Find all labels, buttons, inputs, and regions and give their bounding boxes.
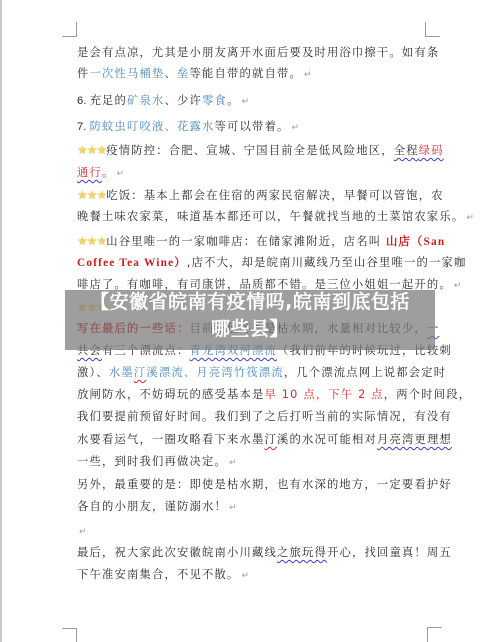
star-rating-icon: ★★★ [77,234,106,248]
text-run: 。 [102,166,115,179]
text-run: 、 [164,67,177,80]
text-run: 7. [77,121,90,133]
document-line: 放闸防水，不妨碍玩的感受基本是早 10 点，下午 2 点，两个时间段， [77,388,471,402]
text-run: 矿泉水 [127,94,165,107]
document-line: 件一次性马桶垫、垒等能自带的就自带。↵ [77,67,313,82]
document-line: 晚餐土味农家菜，味道基本都还可以，午餐就找当地的土菜馆农家乐。↵ [77,210,475,225]
document-line: ★★★山谷里唯一的一家咖啡店：在储家滩附近，店名叫 山店（San [77,234,445,249]
text-run: 开心，找回童真！周五 [327,546,452,559]
text-run: 一次性马桶垫 [90,67,165,80]
document-line: 一些，到时我们再做决定。↵ [77,455,238,470]
text-run: 防蚊虫叮咬液、花露水 [90,120,215,133]
document-line: 我们要提前预留好时间。我们到了之后打听当前的实际情况，有没有 [77,410,452,424]
document-line: 下午准安南集合，不见不散。↵ [77,568,250,583]
text-run: 各自的小朋友，谨防溺水！ [77,500,227,513]
text-run: 全程 [394,144,419,157]
paragraph-mark-icon: ↵ [292,123,301,133]
document-line: 通行。↵ [77,166,125,181]
document-line: 另外，最重要的是：即使是枯水期，也有水深的地方，一定要看护好 [77,478,452,492]
text-run: 零食 [202,94,227,107]
paragraph-mark-icon: ↵ [229,458,238,468]
text-run: 晚餐土味农家菜，味道基本都还可以，午餐就找当地的土菜馆农家乐。 [77,210,464,223]
document-line: ↵ [77,524,88,539]
text-run: 件 [77,67,90,80]
document-line: 是会有点凉，尤其是小朋友离开水面后要及时用浴巾擦干。如有条 [77,46,439,60]
document-line: 6. 充足的矿泉水、少许零食。↵ [77,94,250,109]
text-run: ，几个漂流点网上说都会定时 [284,366,446,379]
text-run: 山谷里唯一的一家咖啡店：在储家滩附近，店名叫 [106,235,386,248]
text-run: ,店不大，却是皖南川藏线乃至山谷里唯一的一家咖 [187,256,467,269]
text-run: 溪漂流、月亮湾竹筏漂流 [146,366,283,379]
document-line: 各自的小朋友，谨防溺水！↵ [77,500,238,515]
text-run: 激）、 [77,366,109,379]
text-run: 汀 [264,433,277,446]
document-line: 水要看运气，一圈攻略看下来水墨汀溪的水况可能相对月亮湾更理想 [77,433,452,447]
paragraph-mark-icon: ↵ [454,281,463,291]
paragraph-mark-icon: ↵ [241,571,250,581]
text-run: 通行 [77,166,102,179]
paragraph-mark-icon: ↵ [117,169,126,179]
document-line: 7. 防蚊虫叮咬液、花露水等可以带着。↵ [77,120,300,135]
text-run: 充足的 [90,94,128,107]
document-line: 激）、水墨汀溪漂流、月亮湾竹筏漂流，几个漂流点网上说都会定时 [77,366,446,380]
text-run: 我们要提前预留好时间。我们到了之后打听当前的实际情况，有没有 [77,410,452,423]
text-run: 一些，到时我们再做决定。 [77,455,227,468]
text-run: 。 [227,94,240,107]
text-run: 等能自带的就自带。 [189,67,301,80]
text-run: 吃饭：基本上都会在住宿的两家民宿解决，早餐可以管饱，农 [106,189,443,202]
text-run: 另外，最重要的是：即使是枯水期，也有水深的地方，一定要看护好 [77,478,452,491]
text-run: 之旅玩得 [277,546,327,559]
text-run: 溪的水况可能相对 [277,433,377,446]
paragraph-mark-icon: ↵ [242,97,251,107]
article-title-line-1: 【安徽省皖南有疫情吗,皖南到底包括 [65,289,435,316]
page-corner-mark-top-right [425,22,440,37]
text-run: 、少许 [165,94,203,107]
article-title-line-2: 哪些县】 [65,316,435,343]
text-run: Coffee Tea Wine） [77,257,187,269]
text-run: 水要看运气，一圈攻略看下来水墨 [77,433,264,446]
text-run: 疫情防控：合肥、宣城、宁国目前全是低风险地区， [106,144,393,157]
page-corner-mark-bottom-right [427,627,442,642]
text-run: 垒 [177,67,190,80]
page-corner-mark-bottom-left [62,628,77,642]
text-run: 放闸防水，不妨碍玩的感受基本是 [77,388,264,401]
text-run: 最后，祝大家此次安徽皖南小川藏线 [77,546,277,559]
paragraph-mark-icon: ↵ [229,503,238,513]
document-line: ★★★疫情防控：合肥、宣城、宁国目前全是低风险地区，全程绿码 [77,143,444,158]
star-rating-icon: ★★★ [77,143,106,157]
text-run: 是会有点凉，尤其是小朋友离开水面后要及时用浴巾擦干。如有条 [77,46,439,59]
paragraph-mark-icon: ↵ [79,527,88,537]
document-line: ★★★吃饭：基本上都会在住宿的两家民宿解决，早餐可以管饱，农 [77,188,444,203]
text-run: 汀 [134,366,147,379]
text-run: 绿码 [419,144,444,157]
text-run: 等可以带着。 [215,120,290,133]
star-rating-icon: ★★★ [77,188,106,202]
text-run: 6. [77,95,90,107]
window-edge [0,0,2,642]
document-line: Coffee Tea Wine）,店不大，却是皖南川藏线乃至山谷里唯一的一家咖 [77,256,467,270]
text-run: 下午准安南集合，不见不散。 [77,568,239,581]
article-title: 【安徽省皖南有疫情吗,皖南到底包括 哪些县】 [65,289,435,343]
paragraph-mark-icon: ↵ [466,213,475,223]
text-run: ，两个时间段， [384,388,471,401]
text-run: 早 10 点，下午 2 点 [264,388,383,401]
text-run: 水墨 [109,366,134,379]
text-run: 山店（San [386,236,445,248]
text-run: 月亮湾更理想 [377,433,452,446]
page-corner-mark-top-left [62,22,77,37]
document-line: 最后，祝大家此次安徽皖南小川藏线之旅玩得开心，找回童真！周五 [77,546,452,560]
paragraph-mark-icon: ↵ [304,70,313,80]
